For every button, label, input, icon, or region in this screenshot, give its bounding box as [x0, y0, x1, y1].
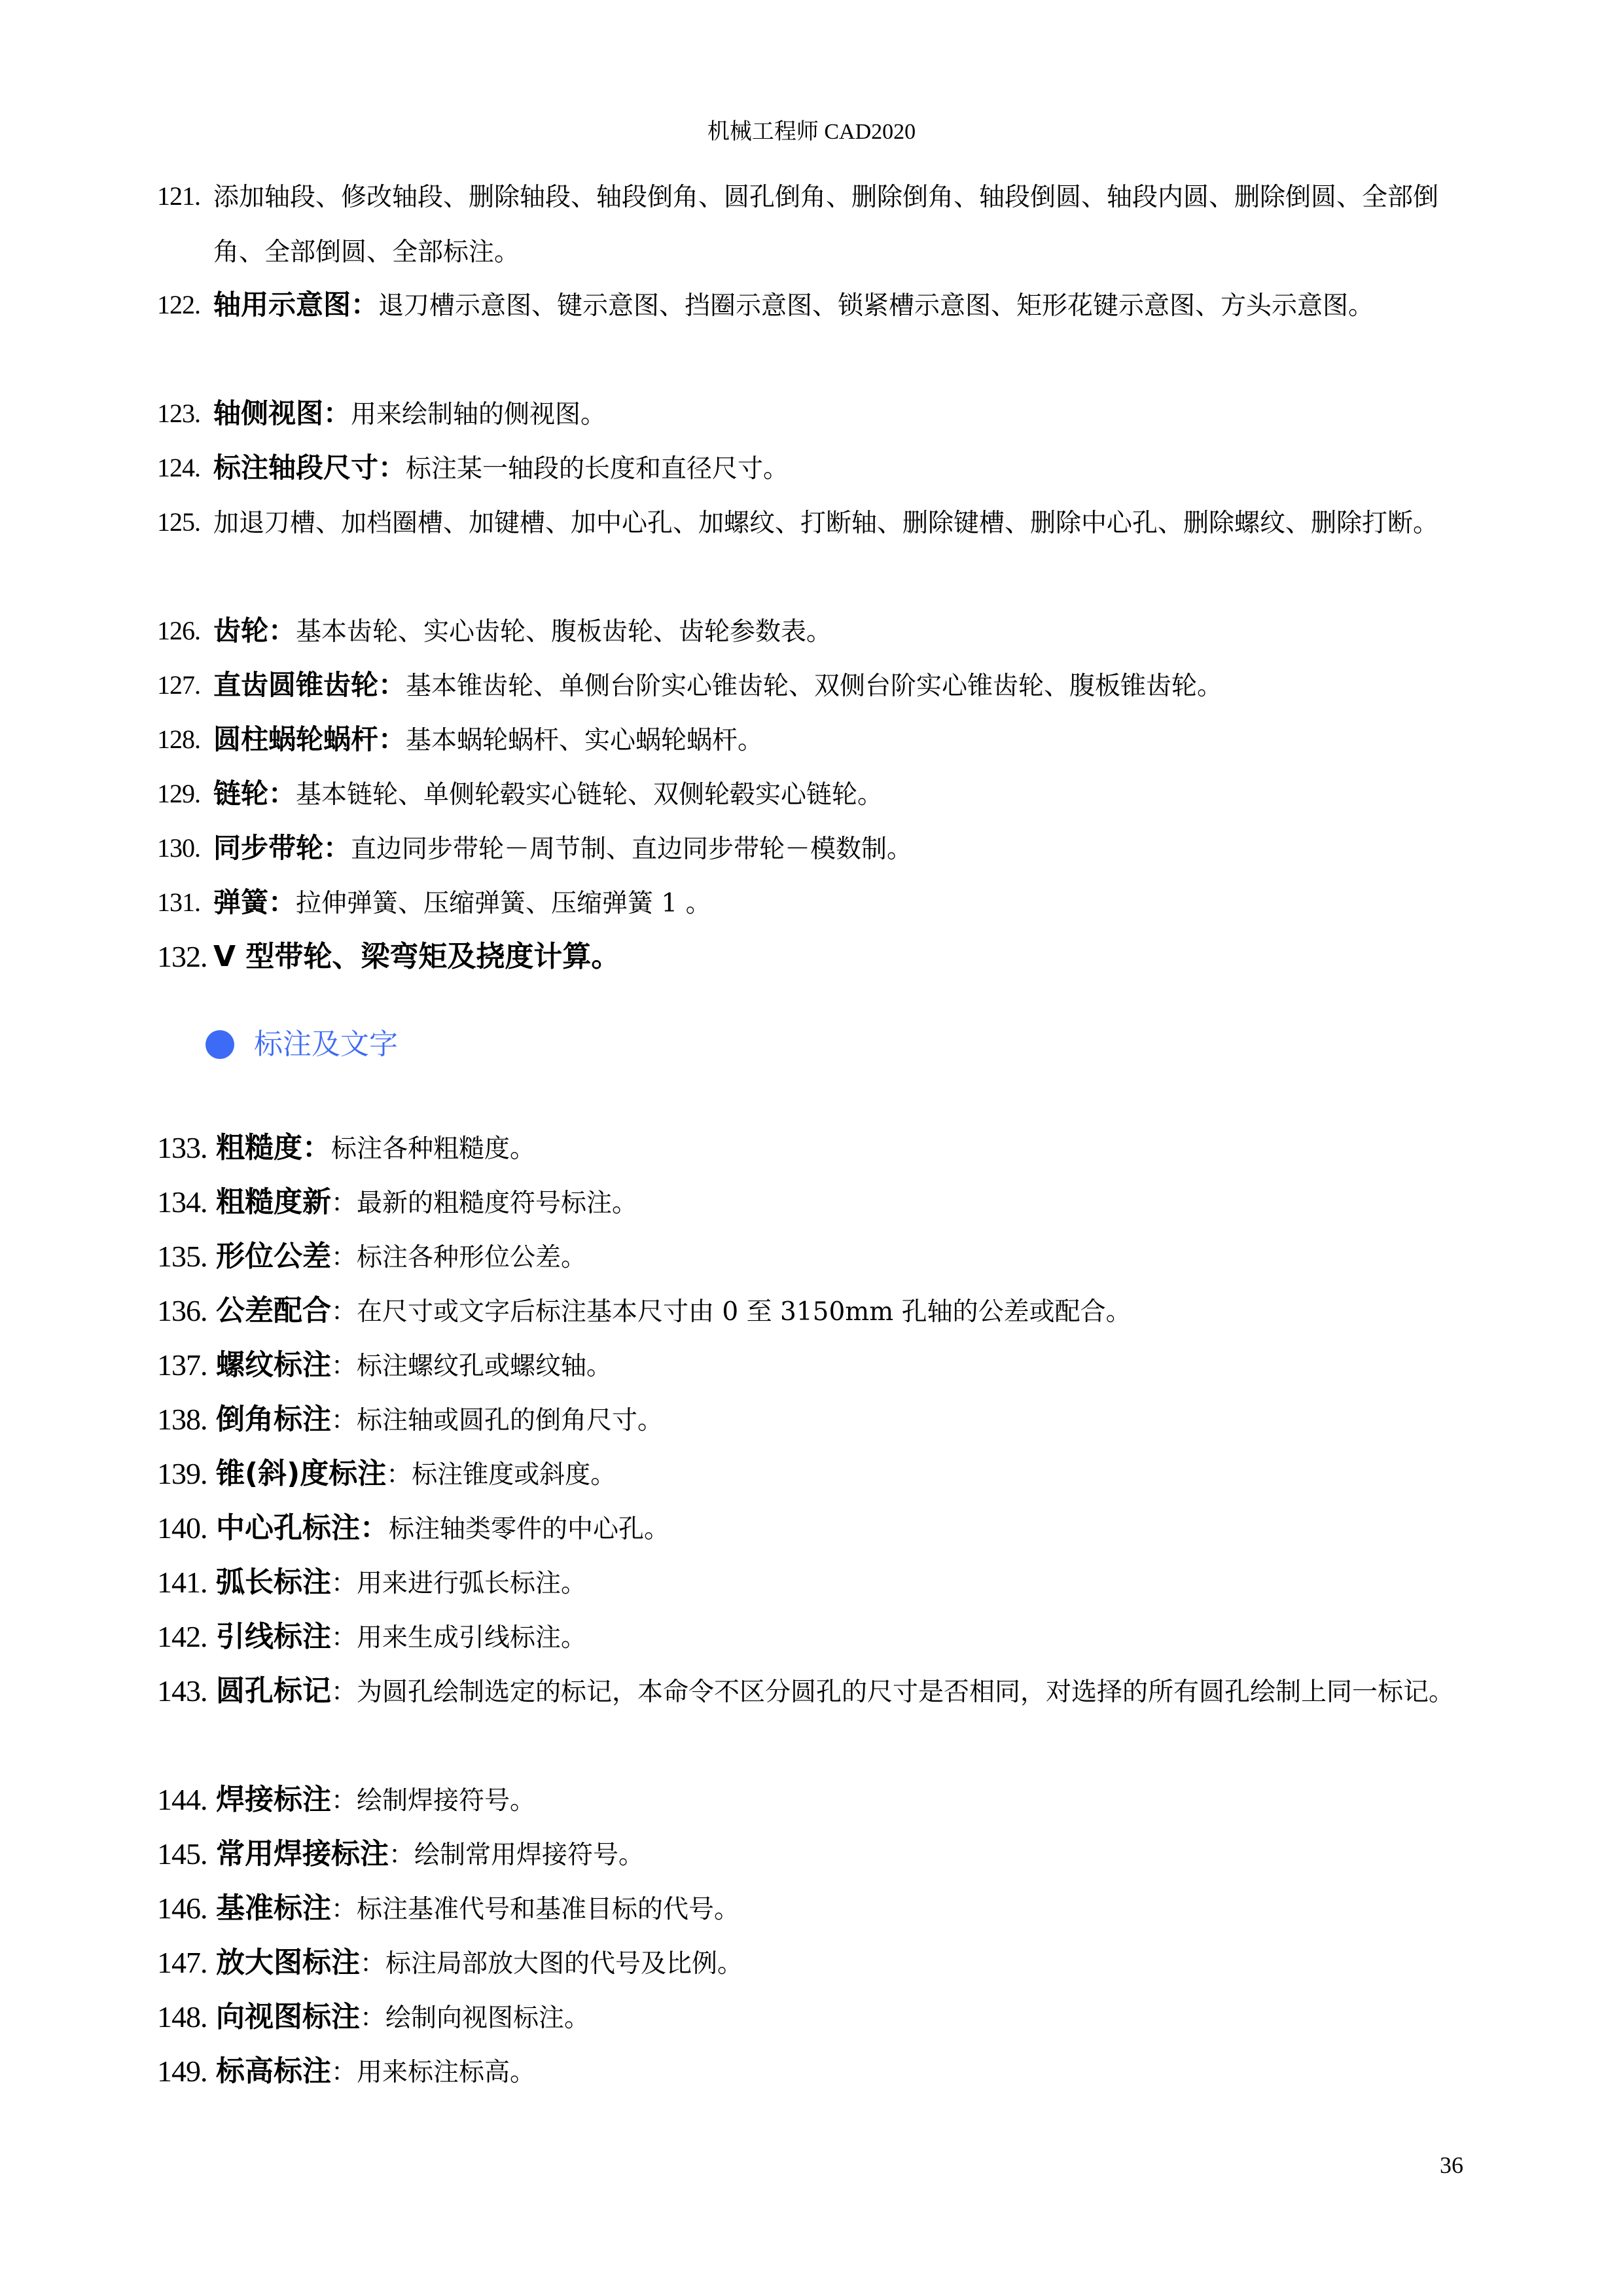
- item-description: ：标注基准代号和基准目标的代号。: [331, 1895, 740, 1924]
- item-number: 148.: [157, 1990, 207, 2044]
- item-description: 直边同步带轮－周节制、直边同步带轮－模数制。: [351, 834, 912, 864]
- item-term: 常用焊接标注: [216, 1837, 389, 1871]
- item-body: 粗糙度：标注各种粗糙度。: [157, 1121, 1472, 1176]
- section-heading: 标注及文字: [205, 1025, 398, 1064]
- list-item-133: 133. 粗糙度：标注各种粗糙度。: [157, 1121, 1472, 1176]
- item-number: 140.: [157, 1501, 207, 1555]
- item-number: 136.: [157, 1283, 207, 1338]
- item-number: 124.: [157, 440, 200, 495]
- item-body: 轴侧视图：用来绘制轴的侧视图。: [157, 386, 1472, 442]
- item-number: 141.: [157, 1555, 207, 1609]
- list-item-140: 140. 中心孔标注：标注轴类零件的中心孔。: [157, 1501, 1472, 1556]
- item-body: 锥(斜)度标注：标注锥度或斜度。: [157, 1446, 1472, 1502]
- item-number: 127.: [157, 658, 200, 712]
- item-term: 焊接标注: [216, 1783, 331, 1816]
- item-number: 135.: [157, 1229, 207, 1283]
- item-description: ：用来进行弧长标注。: [331, 1569, 586, 1598]
- item-term: 标注轴段尺寸：: [213, 452, 406, 484]
- list-item-126: 126. 齿轮：基本齿轮、实心齿轮、腹板齿轮、齿轮参数表。: [157, 603, 1472, 659]
- item-number: 128.: [157, 712, 200, 766]
- item-body: 链轮：基本链轮、单侧轮毂实心链轮、双侧轮毂实心链轮。: [157, 766, 1472, 822]
- item-body: 轴用示意图：退刀槽示意图、键示意图、挡圈示意图、锁紧槽示意图、矩形花键示意图、方…: [157, 278, 1472, 333]
- item-number: 129.: [157, 766, 200, 821]
- item-term: 粗糙度：: [216, 1131, 331, 1164]
- item-term: 链轮：: [213, 778, 296, 810]
- item-term: 弹簧：: [213, 886, 296, 918]
- item-description: ：标注局部放大图的代号及比例。: [360, 1949, 743, 1979]
- list-item-124: 124. 标注轴段尺寸：标注某一轴段的长度和直径尺寸。: [157, 440, 1472, 496]
- item-term: 中心孔标注：: [216, 1511, 389, 1545]
- item-number: 130.: [157, 821, 200, 875]
- item-body: 加退刀槽、加档圈槽、加键槽、加中心孔、加螺纹、打断轴、删除键槽、删除中心孔、删除…: [157, 495, 1472, 550]
- item-term: 圆柱蜗轮蜗杆：: [213, 723, 406, 755]
- item-body: 公差配合：在尺寸或文字后标注基本尺寸由 0 至 3150mm 孔轴的公差或配合。: [157, 1283, 1472, 1339]
- page-header: 机械工程师 CAD2020: [0, 117, 1623, 148]
- list-item-131: 131. 弹簧：拉伸弹簧、压缩弹簧、压缩弹簧 1 。: [157, 875, 1472, 931]
- list-item-136: 136. 公差配合：在尺寸或文字后标注基本尺寸由 0 至 3150mm 孔轴的公…: [157, 1283, 1472, 1339]
- item-body: 添加轴段、修改轴段、删除轴段、轴段倒角、圆孔倒角、删除倒角、轴段倒圆、轴段内圆、…: [157, 169, 1472, 279]
- item-body: 基准标注：标注基准代号和基准目标的代号。: [157, 1881, 1472, 1937]
- item-description: ：绘制向视图标注。: [360, 2003, 590, 2033]
- item-description: 标注轴类零件的中心孔。: [389, 1515, 669, 1544]
- item-number: 134.: [157, 1175, 207, 1229]
- item-body: 圆孔标记：为圆孔绘制选定的标记，本命令不区分圆孔的尺寸是否相同，对选择的所有圆孔…: [157, 1664, 1472, 1719]
- item-description: 基本锥齿轮、单侧台阶实心锥齿轮、双侧台阶实心锥齿轮、腹板锥齿轮。: [406, 672, 1222, 701]
- list-item-132: 132. V 型带轮、梁弯矩及挠度计算。: [157, 929, 1472, 984]
- item-body: 形位公差：标注各种形位公差。: [157, 1229, 1472, 1285]
- item-body: 常用焊接标注：绘制常用焊接符号。: [157, 1827, 1472, 1882]
- item-body: 引线标注：用来生成引线标注。: [157, 1609, 1472, 1665]
- item-number: 143.: [157, 1664, 207, 1718]
- item-term: 公差配合: [216, 1294, 331, 1327]
- item-number: 123.: [157, 386, 200, 440]
- item-description: ：用来标注标高。: [331, 2058, 535, 2087]
- item-number: 121.: [157, 169, 200, 223]
- item-body: 标高标注：用来标注标高。: [157, 2044, 1472, 2100]
- item-description: 添加轴段、修改轴段、删除轴段、轴段倒角、圆孔倒角、删除倒角、轴段倒圆、轴段内圆、…: [213, 183, 1438, 267]
- item-number: 137.: [157, 1338, 207, 1392]
- item-description: ：标注各种形位公差。: [331, 1243, 586, 1272]
- list-item-139: 139. 锥(斜)度标注：标注锥度或斜度。: [157, 1446, 1472, 1502]
- list-item-138: 138. 倒角标注：标注轴或圆孔的倒角尺寸。: [157, 1392, 1472, 1448]
- list-item-125: 125. 加退刀槽、加档圈槽、加键槽、加中心孔、加螺纹、打断轴、删除键槽、删除中…: [157, 495, 1472, 550]
- item-number: 144.: [157, 1772, 207, 1827]
- bullet-circle-icon: [205, 1030, 234, 1059]
- item-term: 标高标注: [216, 2054, 331, 2088]
- item-term: 粗糙度新: [216, 1185, 331, 1219]
- item-body: 标注轴段尺寸：标注某一轴段的长度和直径尺寸。: [157, 440, 1472, 496]
- item-description: 标注各种粗糙度。: [331, 1134, 535, 1164]
- item-number: 122.: [157, 278, 200, 332]
- item-number: 133.: [157, 1121, 207, 1175]
- list-item-127: 127. 直齿圆锥齿轮：基本锥齿轮、单侧台阶实心锥齿轮、双侧台阶实心锥齿轮、腹板…: [157, 658, 1472, 713]
- list-item-142: 142. 引线标注：用来生成引线标注。: [157, 1609, 1472, 1665]
- item-body: 圆柱蜗轮蜗杆：基本蜗轮蜗杆、实心蜗轮蜗杆。: [157, 712, 1472, 768]
- item-body: 直齿圆锥齿轮：基本锥齿轮、单侧台阶实心锥齿轮、双侧台阶实心锥齿轮、腹板锥齿轮。: [157, 658, 1472, 713]
- item-body: 焊接标注：绘制焊接符号。: [157, 1772, 1472, 1828]
- item-description: 基本链轮、单侧轮毂实心链轮、双侧轮毂实心链轮。: [296, 780, 883, 810]
- item-body: 粗糙度新：最新的粗糙度符号标注。: [157, 1175, 1472, 1230]
- item-term: 轴侧视图：: [213, 397, 351, 429]
- item-body: 同步带轮：直边同步带轮－周节制、直边同步带轮－模数制。: [157, 821, 1472, 876]
- page-number: 36: [1440, 2152, 1463, 2178]
- item-term: 直齿圆锥齿轮：: [213, 669, 406, 701]
- item-term: 轴用示意图：: [213, 289, 378, 321]
- item-number: 149.: [157, 2044, 207, 2098]
- item-description: ：为圆孔绘制选定的标记，本命令不区分圆孔的尺寸是否相同，对选择的所有圆孔绘制上同…: [331, 1677, 1454, 1707]
- list-item-137: 137. 螺纹标注：标注螺纹孔或螺纹轴。: [157, 1338, 1472, 1393]
- list-item-146: 146. 基准标注：标注基准代号和基准目标的代号。: [157, 1881, 1472, 1937]
- item-number: 145.: [157, 1827, 207, 1881]
- list-item-149: 149. 标高标注：用来标注标高。: [157, 2044, 1472, 2100]
- item-number: 147.: [157, 1935, 207, 1990]
- item-term: 形位公差: [216, 1240, 331, 1273]
- list-item-135: 135. 形位公差：标注各种形位公差。: [157, 1229, 1472, 1285]
- item-term: 放大图标注: [216, 1946, 360, 1979]
- item-description: 基本蜗轮蜗杆、实心蜗轮蜗杆。: [406, 726, 763, 755]
- item-body: 中心孔标注：标注轴类零件的中心孔。: [157, 1501, 1472, 1556]
- item-term: V 型带轮、梁弯矩及挠度计算。: [213, 940, 620, 973]
- item-term: 圆孔标记: [216, 1674, 331, 1708]
- item-description: ：绘制焊接符号。: [331, 1786, 535, 1816]
- item-body: 螺纹标注：标注螺纹孔或螺纹轴。: [157, 1338, 1472, 1393]
- item-description: 标注某一轴段的长度和直径尺寸。: [406, 454, 789, 484]
- item-body: 放大图标注：标注局部放大图的代号及比例。: [157, 1935, 1472, 1991]
- list-item-145: 145. 常用焊接标注：绘制常用焊接符号。: [157, 1827, 1472, 1882]
- item-body: 弹簧：拉伸弹簧、压缩弹簧、压缩弹簧 1 。: [157, 875, 1472, 931]
- list-item-122: 122. 轴用示意图：退刀槽示意图、键示意图、挡圈示意图、锁紧槽示意图、矩形花键…: [157, 278, 1472, 333]
- list-item-143: 143. 圆孔标记：为圆孔绘制选定的标记，本命令不区分圆孔的尺寸是否相同，对选择…: [157, 1664, 1472, 1719]
- list-item-130: 130. 同步带轮：直边同步带轮－周节制、直边同步带轮－模数制。: [157, 821, 1472, 876]
- list-item-144: 144. 焊接标注：绘制焊接符号。: [157, 1772, 1472, 1828]
- list-item-147: 147. 放大图标注：标注局部放大图的代号及比例。: [157, 1935, 1472, 1991]
- item-number: 138.: [157, 1392, 207, 1446]
- item-term: 锥(斜)度标注: [216, 1457, 386, 1490]
- item-number: 125.: [157, 495, 200, 549]
- item-number: 131.: [157, 875, 200, 929]
- item-description: ：绘制常用焊接符号。: [389, 1840, 644, 1870]
- item-term: 同步带轮：: [213, 832, 351, 864]
- item-description: ：用来生成引线标注。: [331, 1623, 586, 1653]
- item-description: 用来绘制轴的侧视图。: [351, 400, 606, 429]
- item-number: 126.: [157, 603, 200, 658]
- item-term: 齿轮：: [213, 615, 296, 647]
- item-description: 加退刀槽、加档圈槽、加键槽、加中心孔、加螺纹、打断轴、删除键槽、删除中心孔、删除…: [213, 509, 1438, 538]
- list-item-121: 121. 添加轴段、修改轴段、删除轴段、轴段倒角、圆孔倒角、删除倒角、轴段倒圆、…: [157, 169, 1472, 279]
- item-description: ：标注轴或圆孔的倒角尺寸。: [331, 1406, 663, 1435]
- item-description: ：标注螺纹孔或螺纹轴。: [331, 1352, 612, 1381]
- item-description: 基本齿轮、实心齿轮、腹板齿轮、齿轮参数表。: [296, 617, 832, 647]
- item-body: 倒角标注：标注轴或圆孔的倒角尺寸。: [157, 1392, 1472, 1448]
- list-item-128: 128. 圆柱蜗轮蜗杆：基本蜗轮蜗杆、实心蜗轮蜗杆。: [157, 712, 1472, 768]
- item-term: 基准标注: [216, 1892, 331, 1925]
- item-number: 146.: [157, 1881, 207, 1935]
- list-item-148: 148. 向视图标注：绘制向视图标注。: [157, 1990, 1472, 2045]
- item-body: 弧长标注：用来进行弧长标注。: [157, 1555, 1472, 1611]
- item-term: 向视图标注: [216, 2000, 360, 2034]
- item-body: 向视图标注：绘制向视图标注。: [157, 1990, 1472, 2045]
- list-item-141: 141. 弧长标注：用来进行弧长标注。: [157, 1555, 1472, 1611]
- item-term: 螺纹标注: [216, 1348, 331, 1382]
- item-description: ：标注锥度或斜度。: [386, 1460, 616, 1490]
- item-description: 退刀槽示意图、键示意图、挡圈示意图、锁紧槽示意图、矩形花键示意图、方头示意图。: [378, 291, 1374, 321]
- item-number: 132.: [157, 929, 207, 984]
- list-item-129: 129. 链轮：基本链轮、单侧轮毂实心链轮、双侧轮毂实心链轮。: [157, 766, 1472, 822]
- item-body: V 型带轮、梁弯矩及挠度计算。: [157, 929, 1472, 984]
- item-term: 弧长标注: [216, 1566, 331, 1599]
- item-term: 倒角标注: [216, 1403, 331, 1436]
- item-body: 齿轮：基本齿轮、实心齿轮、腹板齿轮、齿轮参数表。: [157, 603, 1472, 659]
- section-title: 标注及文字: [254, 1025, 398, 1064]
- item-term: 引线标注: [216, 1620, 331, 1653]
- item-number: 139.: [157, 1446, 207, 1501]
- item-description: ：在尺寸或文字后标注基本尺寸由 0 至 3150mm 孔轴的公差或配合。: [331, 1297, 1132, 1327]
- list-item-123: 123. 轴侧视图：用来绘制轴的侧视图。: [157, 386, 1472, 442]
- item-number: 142.: [157, 1609, 207, 1664]
- item-description: ：最新的粗糙度符号标注。: [331, 1189, 637, 1218]
- item-description: 拉伸弹簧、压缩弹簧、压缩弹簧 1 。: [296, 889, 711, 918]
- list-item-134: 134. 粗糙度新：最新的粗糙度符号标注。: [157, 1175, 1472, 1230]
